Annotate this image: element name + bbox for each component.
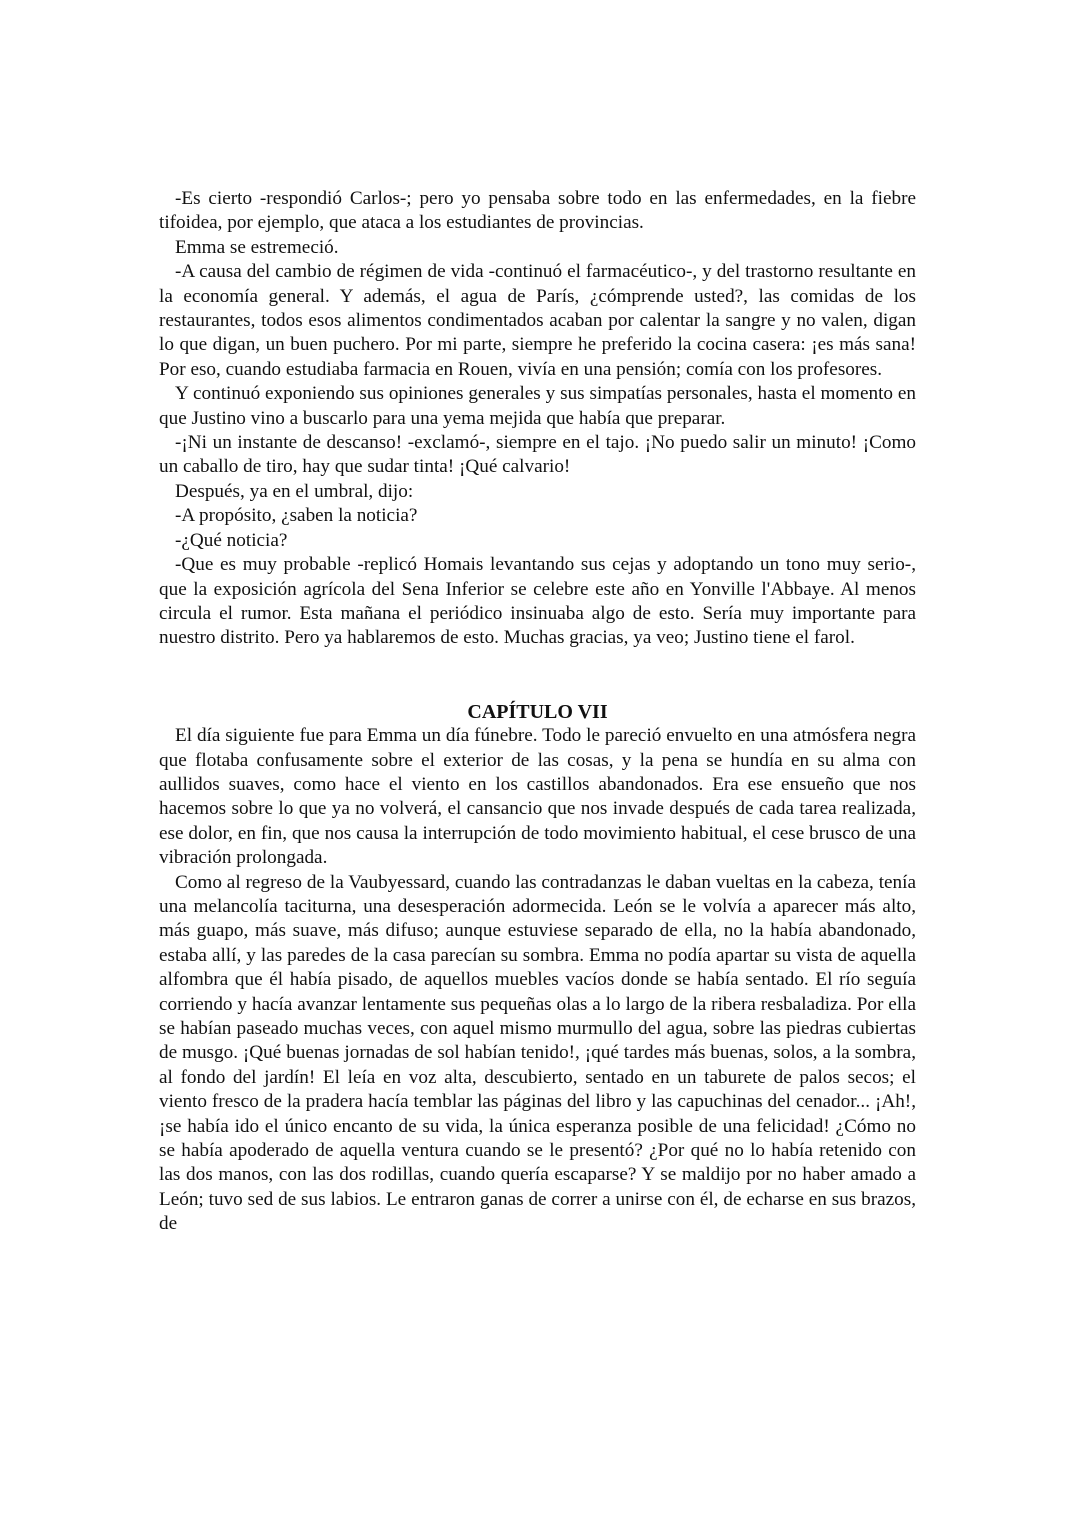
paragraph: -A causa del cambio de régimen de vida -… bbox=[159, 260, 916, 382]
paragraph: -¡Ni un instante de descanso! -exclamó-,… bbox=[159, 431, 916, 480]
chapter-title: CAPÍTULO VII bbox=[159, 700, 916, 724]
paragraph: -A propósito, ¿saben la noticia? bbox=[159, 504, 916, 528]
paragraph: -¿Qué noticia? bbox=[159, 529, 916, 553]
paragraph: Y continuó exponiendo sus opiniones gene… bbox=[159, 382, 916, 431]
paragraph: Después, ya en el umbral, dijo: bbox=[159, 480, 916, 504]
paragraph: Emma se estremeció. bbox=[159, 236, 916, 260]
document-page: -Es cierto -respondió Carlos-; pero yo p… bbox=[159, 187, 916, 1237]
paragraph: -Es cierto -respondió Carlos-; pero yo p… bbox=[159, 187, 916, 236]
paragraph: El día siguiente fue para Emma un día fú… bbox=[159, 724, 916, 870]
section-chapter-vii: CAPÍTULO VII El día siguiente fue para E… bbox=[159, 700, 916, 1237]
paragraph: -Que es muy probable -replicó Homais lev… bbox=[159, 553, 916, 651]
section-previous-chapter: -Es cierto -respondió Carlos-; pero yo p… bbox=[159, 187, 916, 651]
paragraph: Como al regreso de la Vaubyessard, cuand… bbox=[159, 871, 916, 1237]
section-spacer bbox=[159, 651, 916, 700]
